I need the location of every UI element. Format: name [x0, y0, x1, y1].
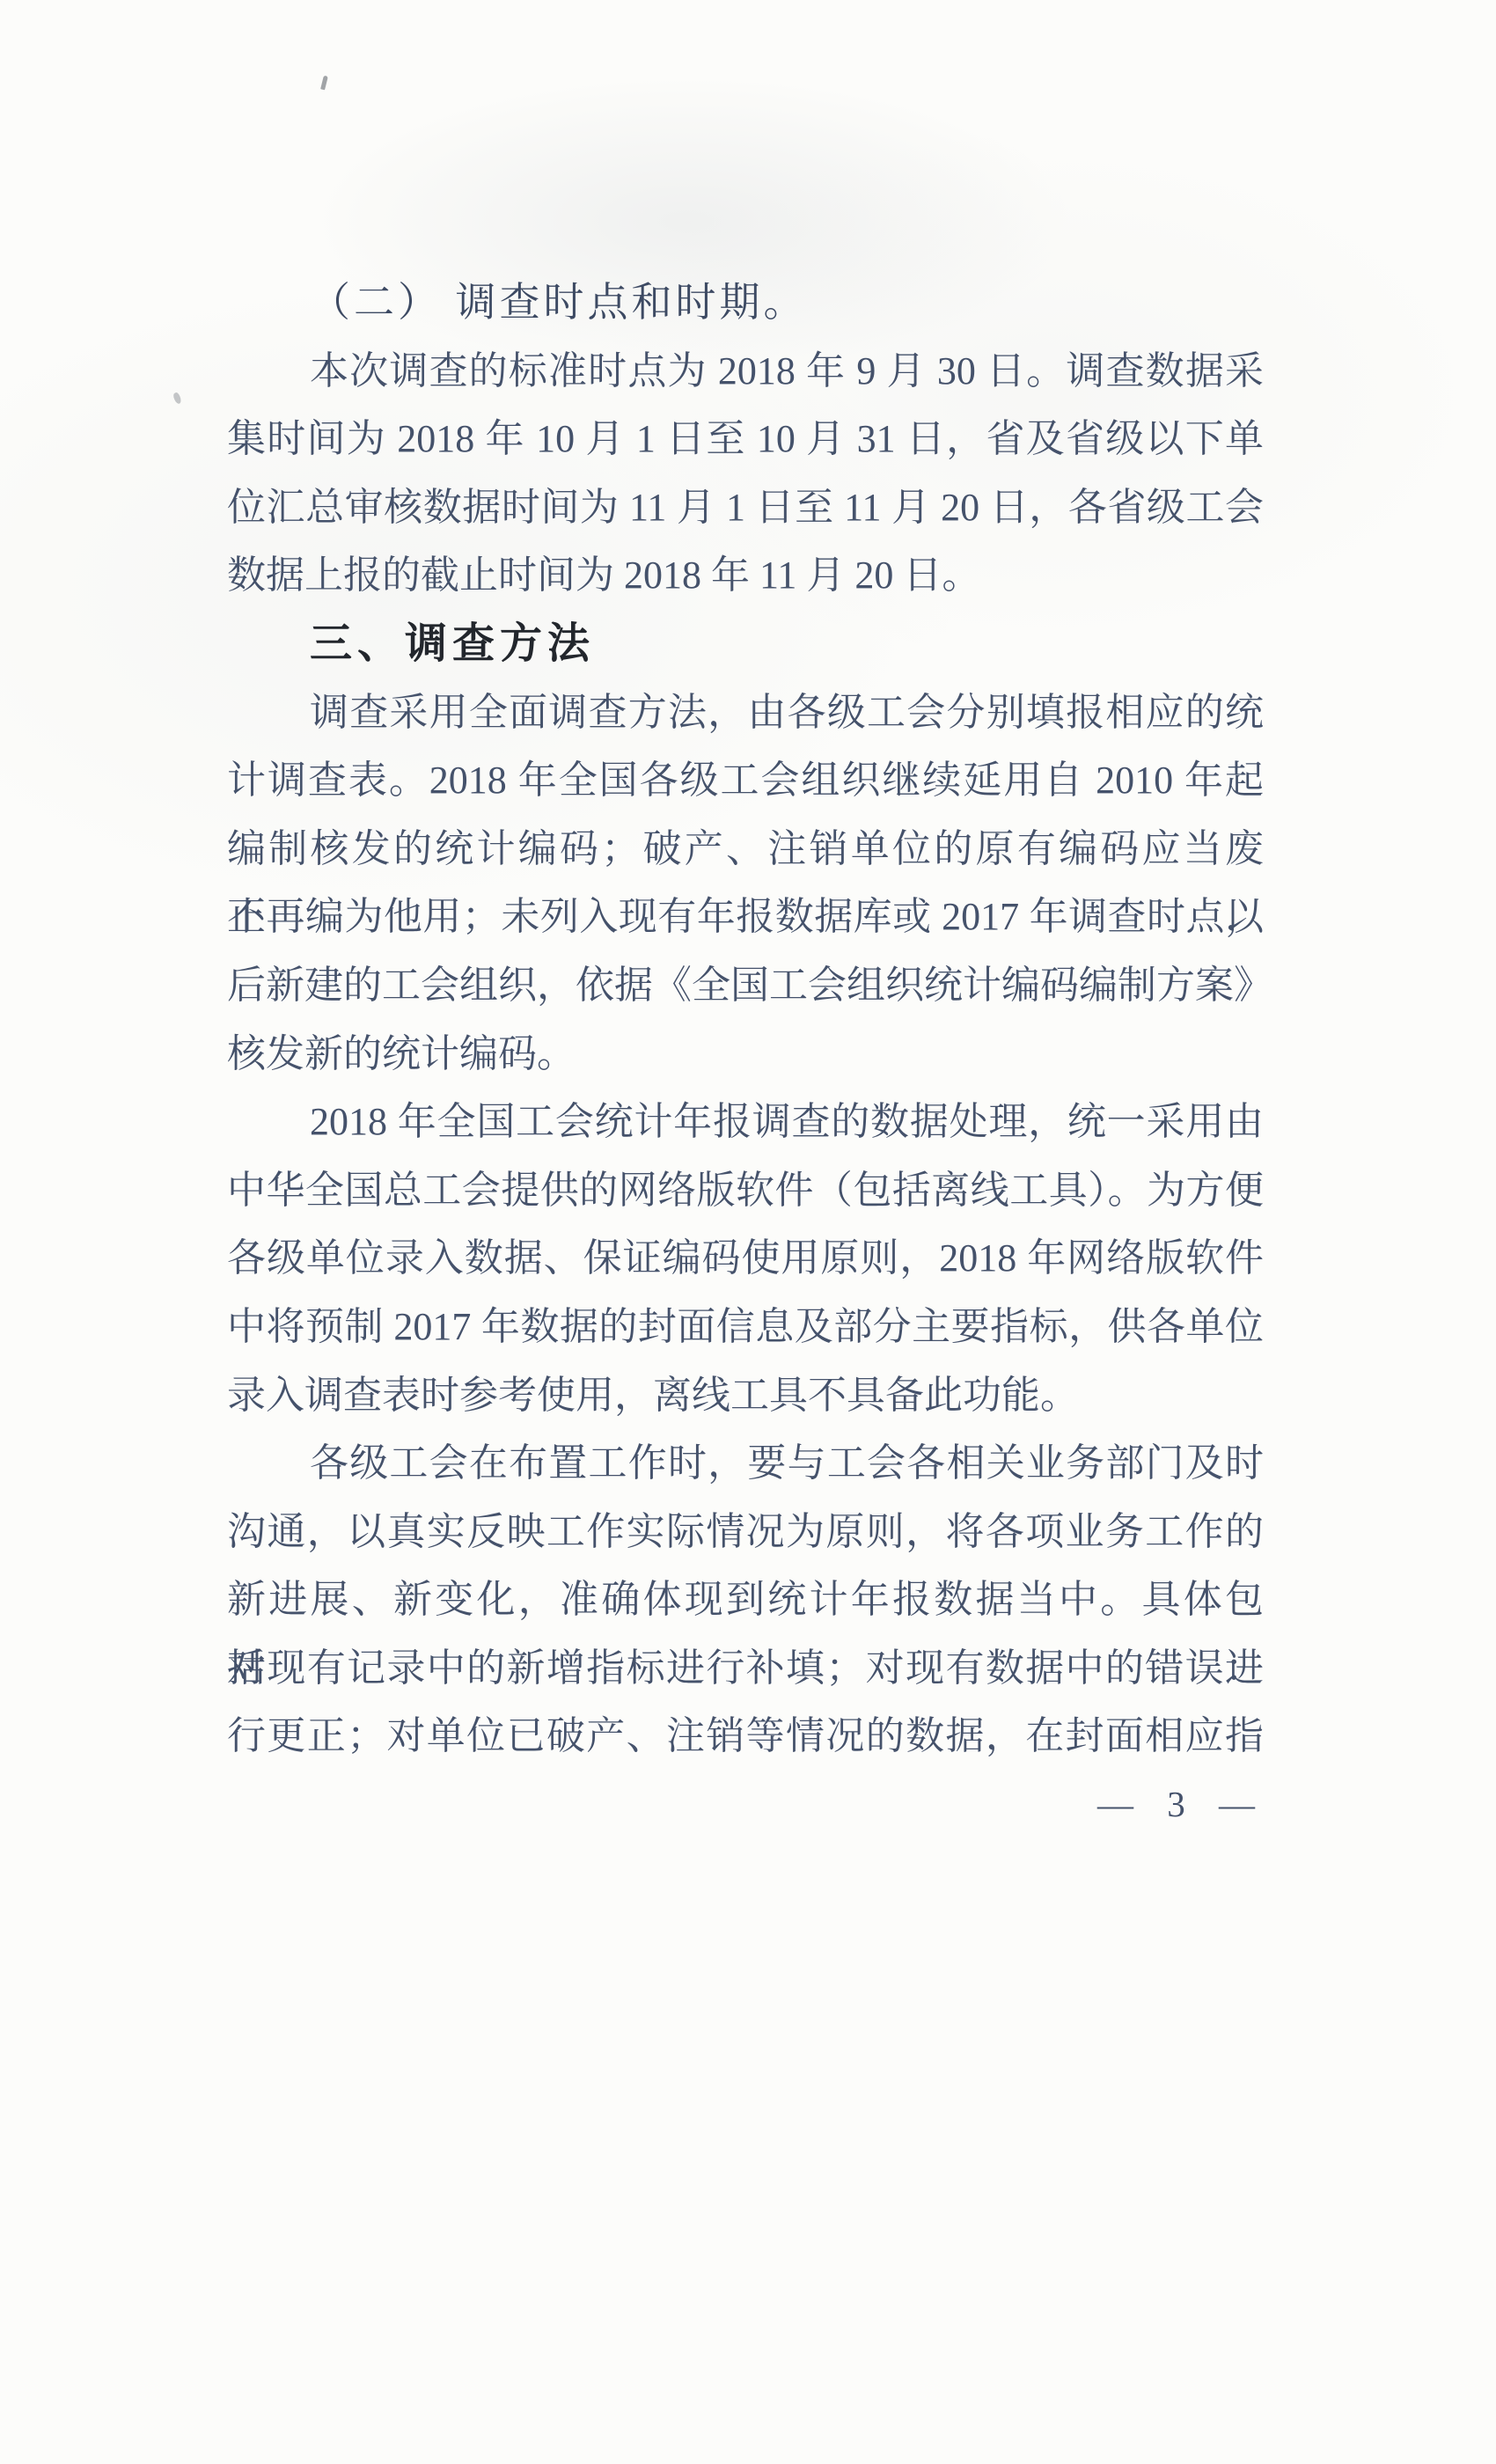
text-line: 集时间为 2018 年 10 月 1 日至 10 月 31 日，省及省级以下单: [227, 405, 1264, 473]
text-line: 调查采用全面调查方法，由各级工会分别填报相应的统: [227, 678, 1264, 747]
text-line: 新进展、新变化，准确体现到统计年报数据当中。具体包括：: [227, 1566, 1264, 1634]
kai-heading: （二） 调查时点和时期。: [227, 268, 1264, 337]
text-line: 行更正；对单位已破产、注销等情况的数据，在封面相应指: [227, 1702, 1264, 1771]
text-line: 后新建的工会组织，依据《全国工会组织统计编码编制方案》: [227, 951, 1264, 1020]
scan-speck: [172, 392, 183, 405]
text-line: 沟通，以真实反映工作实际情况为原则，将各项业务工作的: [227, 1498, 1264, 1566]
text-line: 各级单位录入数据、保证编码使用原则，2018 年网络版软件: [227, 1224, 1264, 1293]
text-line: 对现有记录中的新增指标进行补填；对现有数据中的错误进: [227, 1634, 1264, 1703]
scan-speck: [320, 76, 328, 91]
text-line: 编制核发的统计编码；破产、注销单位的原有编码应当废止，: [227, 815, 1264, 884]
text-line: 本次调查的标准时点为 2018 年 9 月 30 日。调查数据采: [227, 337, 1264, 406]
text-line: 数据上报的截止时间为 2018 年 11 月 20 日。: [227, 541, 1264, 610]
bold-heading: 三、调查方法: [227, 610, 1264, 678]
text-line: 位汇总审核数据时间为 11 月 1 日至 11 月 20 日，各省级工会: [227, 473, 1264, 542]
text-line: 不再编为他用；未列入现有年报数据库或 2017 年调查时点以: [227, 883, 1264, 951]
text-line: 计调查表。2018 年全国各级工会组织继续延用自 2010 年起: [227, 746, 1264, 815]
text-block: （二） 调查时点和时期。本次调查的标准时点为 2018 年 9 月 30 日。调…: [227, 268, 1264, 1771]
text-line: 核发新的统计编码。: [227, 1020, 1264, 1089]
page-number: — 3 —: [1097, 1783, 1238, 1825]
scanned-document-page: （二） 调查时点和时期。本次调查的标准时点为 2018 年 9 月 30 日。调…: [0, 0, 1496, 2464]
text-line: 中将预制 2017 年数据的封面信息及部分主要指标，供各单位: [227, 1293, 1264, 1361]
text-line: 2018 年全国工会统计年报调查的数据处理，统一采用由: [227, 1088, 1264, 1156]
text-line: 录入调查表时参考使用，离线工具不具备此功能。: [227, 1361, 1264, 1430]
text-line: 中华全国总工会提供的网络版软件（包括离线工具）。为方便: [227, 1156, 1264, 1225]
text-line: 各级工会在布置工作时，要与工会各相关业务部门及时: [227, 1429, 1264, 1498]
